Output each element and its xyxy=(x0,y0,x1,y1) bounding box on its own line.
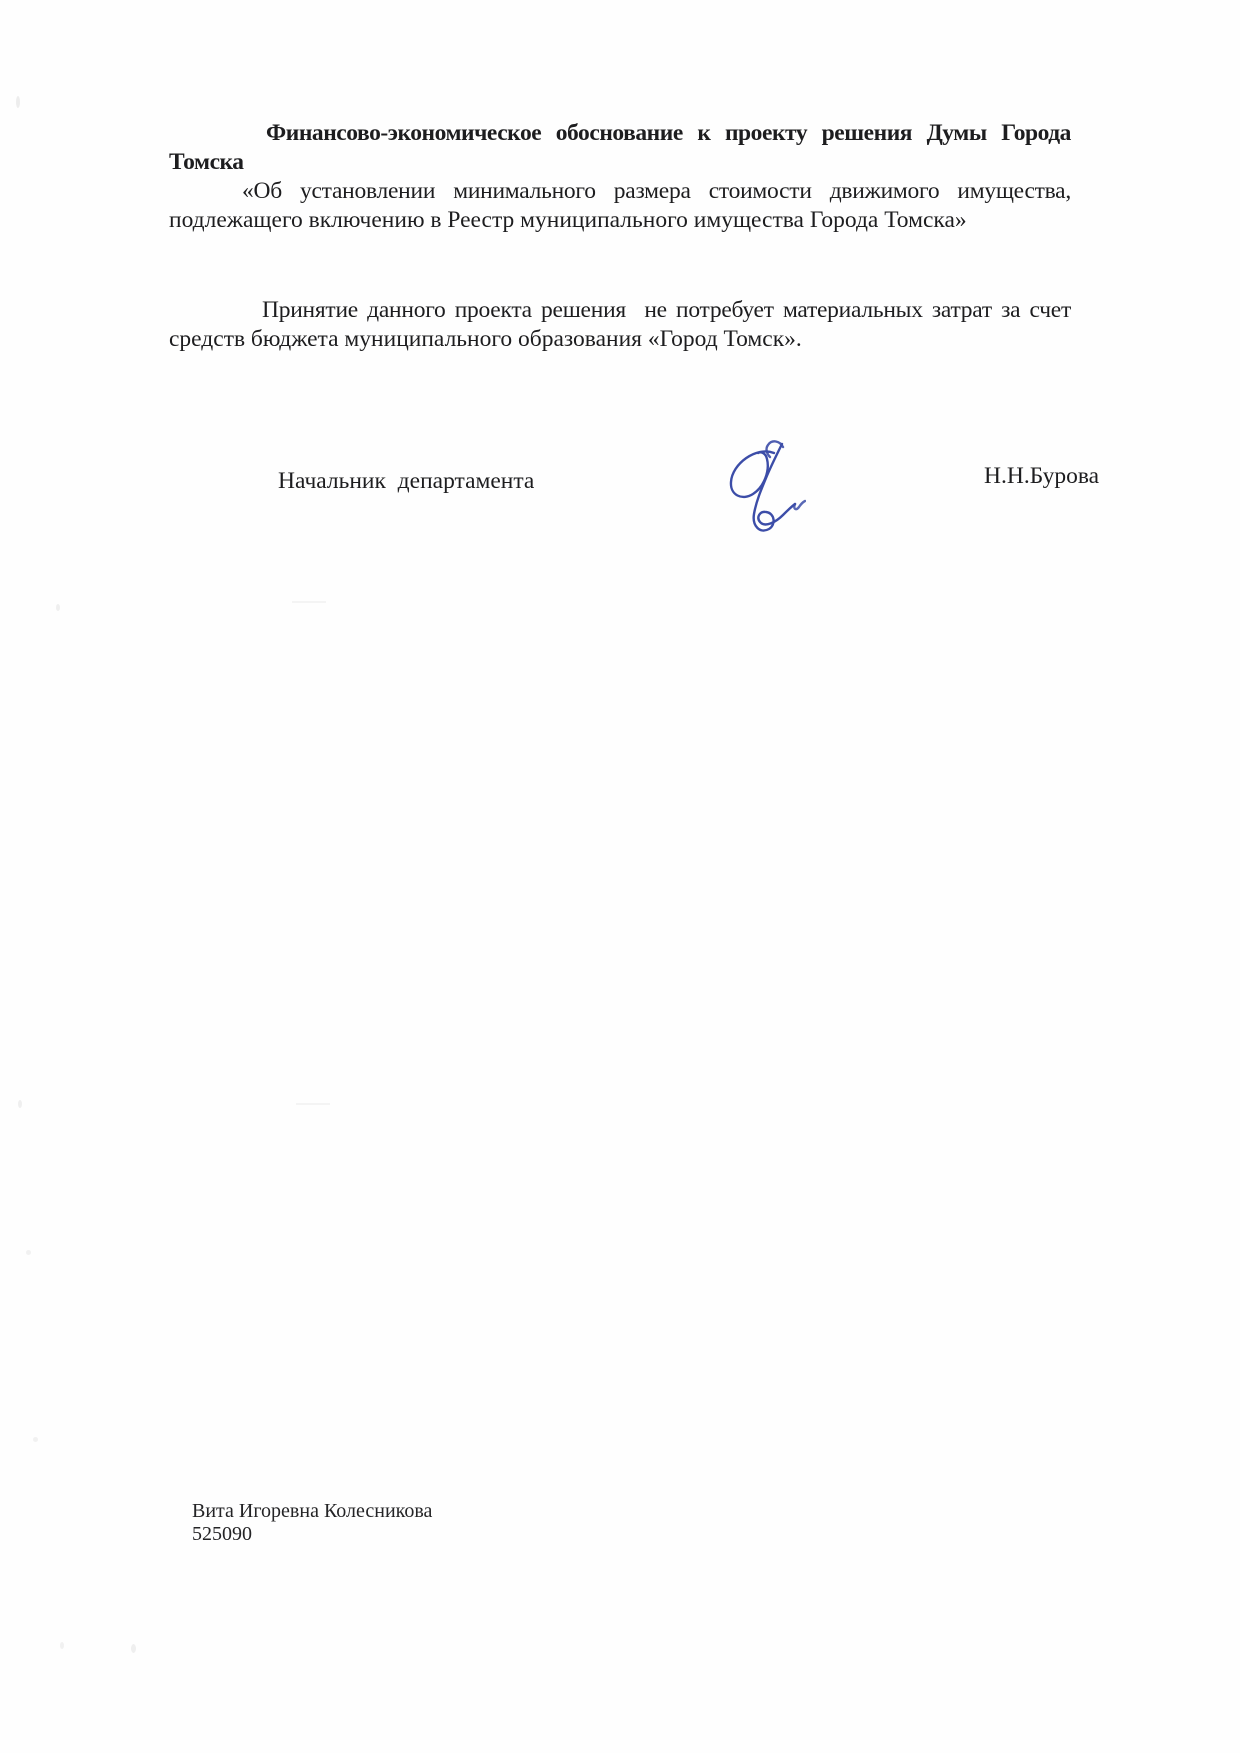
title-line-3: подлежащего включению в Реестр муниципал… xyxy=(169,206,1071,235)
scan-speck xyxy=(18,1100,22,1108)
scan-speck xyxy=(33,1437,38,1442)
handwritten-signature-icon xyxy=(720,438,806,538)
scan-speck xyxy=(26,1250,31,1255)
document-title: Финансово-экономическое обоснование к пр… xyxy=(169,119,1071,235)
scan-speck xyxy=(56,604,60,611)
body-line-2: средств бюджета муниципального образован… xyxy=(169,325,1071,354)
scan-speck xyxy=(292,601,326,603)
scan-speck xyxy=(16,96,20,108)
scan-speck xyxy=(60,1642,64,1649)
signatory-name: Н.Н.Бурова xyxy=(984,462,1099,491)
body-paragraph: Принятие данного проекта решения не потр… xyxy=(169,296,1071,354)
title-line-2: «Об установлении минимального размера ст… xyxy=(169,177,1071,206)
signatory-position-label: Начальник департамента xyxy=(278,467,534,496)
executor-phone: 525090 xyxy=(192,1523,432,1546)
body-line-1: Принятие данного проекта решения не потр… xyxy=(169,296,1071,325)
document-page: Финансово-экономическое обоснование к пр… xyxy=(0,0,1240,1753)
title-line-1: Финансово-экономическое обоснование к пр… xyxy=(169,119,1071,177)
executor-block: Вита Игоревна Колесникова 525090 xyxy=(192,1500,432,1545)
scan-speck xyxy=(131,1644,136,1653)
scan-speck xyxy=(296,1103,330,1105)
executor-name: Вита Игоревна Колесникова xyxy=(192,1500,432,1523)
